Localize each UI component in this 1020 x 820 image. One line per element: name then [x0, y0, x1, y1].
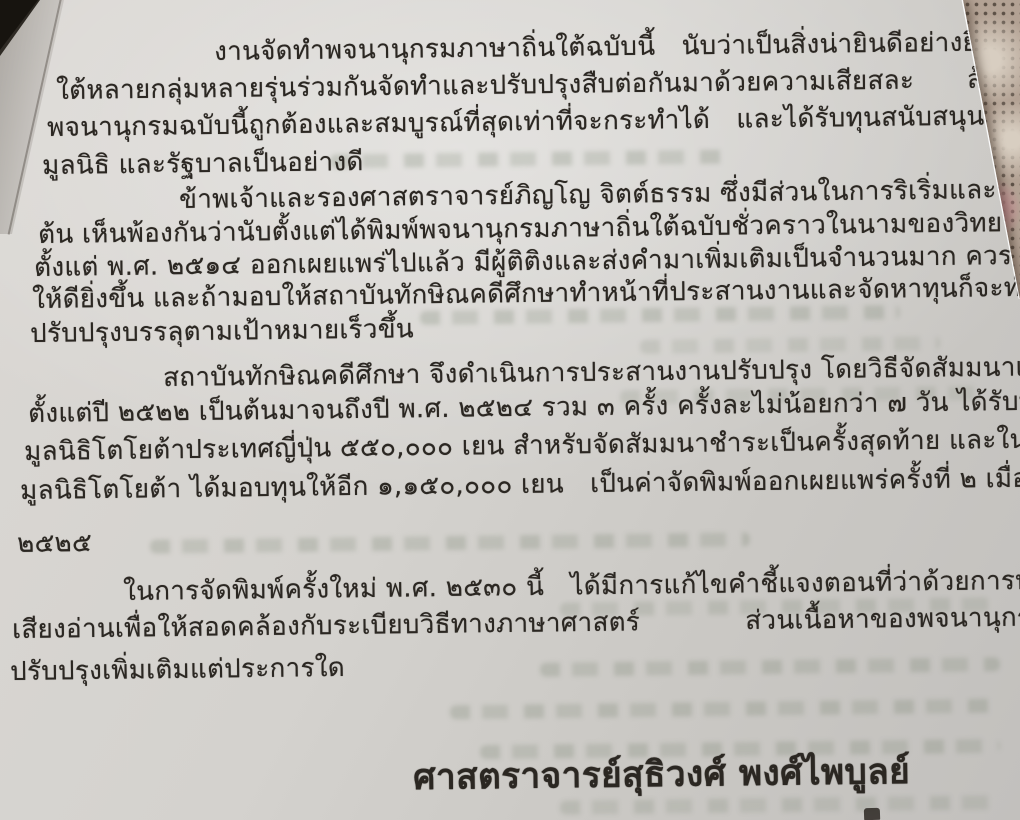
bleed-through-text [540, 657, 1000, 677]
bleed-through-text [330, 150, 730, 169]
text-line: มูลนิธิโตโยต้า ได้มอบทุนให้อีก ๑,๑๕๐,๐๐๐… [20, 464, 1020, 507]
bleed-through-text [150, 532, 750, 553]
text-line: ๒๕๒๕ [17, 529, 92, 560]
signature-line: ศาสตราจารย์สุธิวงศ์ พงศ์ไพบูลย์ [413, 752, 910, 798]
text-line: พจนานุกรมฉบับนี้ถูกต้องและสมบูรณ์ที่สุดเ… [47, 101, 1020, 144]
text-line: ปรับปรุงบรรลุตามเป้าหมายเร็วขึ้น [30, 315, 414, 350]
text-line: มูลนิธิโตโยต้าประเทศญี่ปุ่น ๕๕๐,๐๐๐ เยน … [24, 425, 1020, 468]
book-page-wrap: งานจัดทำพจนานุกรมภาษาถิ่นใต้ฉบับนี้ นับว… [0, 0, 1020, 820]
text-line: ปรับปรุงเพิ่มเติมแต่ประการใด [10, 654, 345, 688]
text-line: เสียงอ่านเพื่อให้สอดคล้องกับระเบียบวิธีท… [12, 602, 1020, 645]
text-line: งานจัดทำพจนานุกรมภาษาถิ่นใต้ฉบับนี้ นับว… [214, 26, 1020, 68]
bleed-through-text [450, 699, 995, 720]
bleed-through-text [640, 336, 940, 354]
bleed-through-text [560, 795, 1000, 814]
partial-next-line-mark [864, 808, 880, 820]
text-line: มูลนิธิ และรัฐบาลเป็นอย่างดี [42, 148, 364, 182]
text-line: ใต้หลายกลุ่มหลายรุ่นร่วมกันจัดทำและปรับป… [56, 63, 1020, 106]
book-page: งานจัดทำพจนานุกรมภาษาถิ่นใต้ฉบับนี้ นับว… [0, 0, 1020, 820]
